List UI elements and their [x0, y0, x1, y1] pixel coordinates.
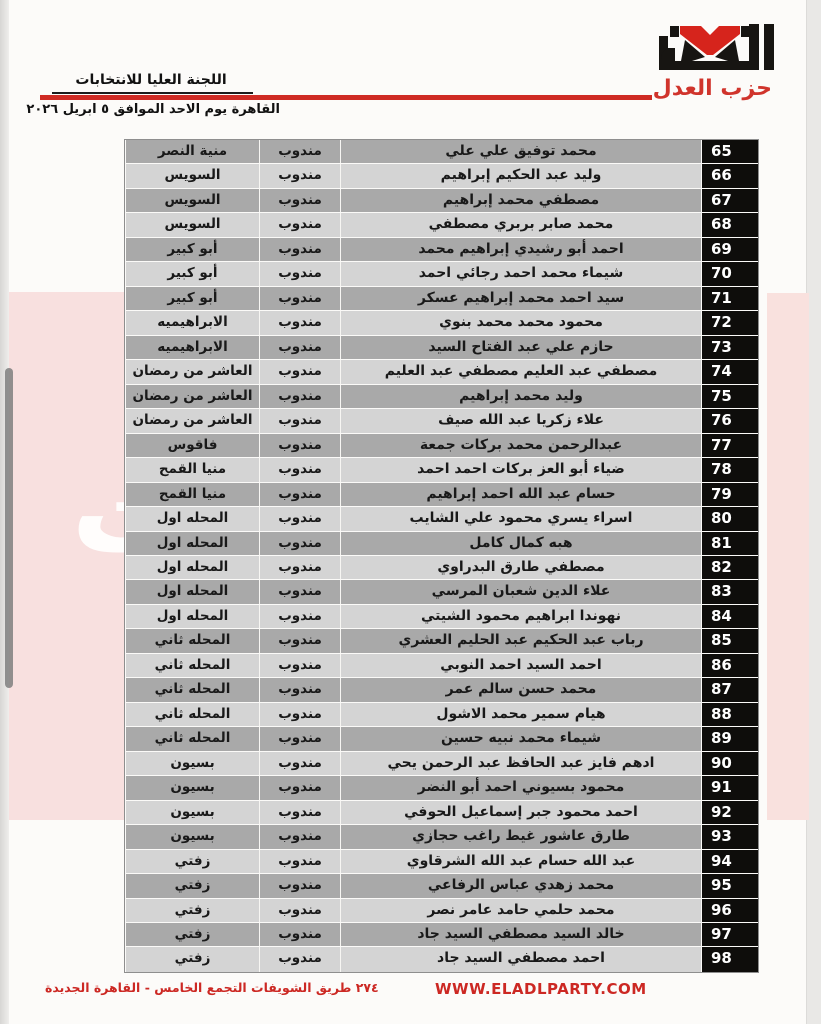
table-row: 70 شيماء محمد احمد رجائي احمد مندوب أبو …	[125, 262, 758, 286]
table-row: 75 وليد محمد إبراهيم مندوب العاشر من رمض…	[125, 385, 758, 409]
member-name: سيد احمد محمد إبراهيم عسكر	[340, 287, 701, 310]
footer-website: WWW.ELADLPARTY.COM	[435, 980, 647, 998]
member-location: بسيون	[126, 825, 259, 848]
member-role: مندوب	[259, 556, 340, 579]
member-name: احمد مصطفي السيد جاد	[340, 947, 701, 971]
member-name: حسام عبد الله احمد إبراهيم	[340, 483, 701, 506]
member-role: مندوب	[259, 850, 340, 873]
member-name: احمد أبو رشيدي إبراهيم محمد	[340, 238, 701, 261]
table-row: 77 عبدالرحمن محمد بركات جمعة مندوب فاقوس	[125, 434, 758, 458]
member-location: الابراهيميه	[126, 336, 259, 359]
party-name: حزب العدل	[653, 76, 772, 101]
table-row: 91 محمود بسيوني احمد أبو النضر مندوب بسي…	[125, 776, 758, 800]
member-name: احمد السيد احمد النوبي	[340, 654, 701, 677]
row-number: 67	[701, 189, 758, 212]
table-row: 66 وليد عبد الحكيم إبراهيم مندوب السويس	[125, 164, 758, 188]
member-role: مندوب	[259, 409, 340, 432]
member-name: ضياء أبو العز بركات احمد احمد	[340, 458, 701, 481]
row-number: 77	[701, 434, 758, 457]
member-role: مندوب	[259, 189, 340, 212]
member-name: محمد حسن سالم عمر	[340, 678, 701, 701]
table-row: 89 شيماء محمد نبيه حسين مندوب المحله ثان…	[125, 727, 758, 751]
member-role: مندوب	[259, 752, 340, 775]
row-number: 78	[701, 458, 758, 481]
member-location: العاشر من رمضان	[126, 409, 259, 432]
member-name: علاء الدين شعبان المرسي	[340, 580, 701, 603]
table-row: 83 علاء الدين شعبان المرسي مندوب المحله …	[125, 580, 758, 604]
member-role: مندوب	[259, 483, 340, 506]
table-row: 65 محمد توفيق علي علي مندوب منية النصر	[125, 140, 758, 164]
member-role: مندوب	[259, 385, 340, 408]
member-role: مندوب	[259, 458, 340, 481]
row-number: 98	[701, 947, 758, 971]
committee-title: اللجنة العليا للانتخابات	[48, 72, 254, 88]
table-row: 81 هبه كمال كامل مندوب المحله اول	[125, 532, 758, 556]
member-name: محمود محمد محمد بنوي	[340, 311, 701, 334]
member-name: وليد محمد إبراهيم	[340, 385, 701, 408]
row-number: 73	[701, 336, 758, 359]
member-location: بسيون	[126, 776, 259, 799]
member-role: مندوب	[259, 727, 340, 750]
member-name: مصطفي محمد إبراهيم	[340, 189, 701, 212]
table-row: 86 احمد السيد احمد النوبي مندوب المحله ث…	[125, 654, 758, 678]
member-location: السويس	[126, 164, 259, 187]
member-role: مندوب	[259, 605, 340, 628]
table-row: 98 احمد مصطفي السيد جاد مندوب زفتي	[125, 947, 758, 971]
table-row: 96 محمد حلمي حامد عامر نصر مندوب زفتي	[125, 899, 758, 923]
row-number: 69	[701, 238, 758, 261]
row-number: 95	[701, 874, 758, 897]
member-location: المحله اول	[126, 532, 259, 555]
member-name: عبدالرحمن محمد بركات جمعة	[340, 434, 701, 457]
member-name: شيماء محمد احمد رجائي احمد	[340, 262, 701, 285]
row-number: 81	[701, 532, 758, 555]
member-name: نهوندا ابراهيم محمود الشيتي	[340, 605, 701, 628]
member-name: محمد صابر بربري مصطفي	[340, 213, 701, 236]
member-role: مندوب	[259, 580, 340, 603]
member-location: زفتي	[126, 923, 259, 946]
row-number: 97	[701, 923, 758, 946]
member-name: هيام سمير محمد الاشول	[340, 703, 701, 726]
table-row: 79 حسام عبد الله احمد إبراهيم مندوب منيا…	[125, 483, 758, 507]
member-name: هبه كمال كامل	[340, 532, 701, 555]
member-location: المحله ثاني	[126, 629, 259, 652]
row-number: 93	[701, 825, 758, 848]
adl-party-logo-icon	[645, 24, 775, 78]
member-location: منية النصر	[126, 140, 259, 163]
member-name: علاء زكريا عبد الله صيف	[340, 409, 701, 432]
table-row: 69 احمد أبو رشيدي إبراهيم محمد مندوب أبو…	[125, 238, 758, 262]
member-location: الابراهيميه	[126, 311, 259, 334]
row-number: 90	[701, 752, 758, 775]
row-number: 76	[701, 409, 758, 432]
member-name: حازم علي عبد الفتاح السيد	[340, 336, 701, 359]
table-row: 93 طارق عاشور غيط راغب حجازي مندوب بسيون	[125, 825, 758, 849]
row-number: 71	[701, 287, 758, 310]
member-location: المحله ثاني	[126, 678, 259, 701]
member-name: رباب عبد الحكيم عبد الحليم العشري	[340, 629, 701, 652]
member-location: أبو كبير	[126, 238, 259, 261]
member-role: مندوب	[259, 678, 340, 701]
table-row: 68 محمد صابر بربري مصطفي مندوب السويس	[125, 213, 758, 237]
member-location: العاشر من رمضان	[126, 360, 259, 383]
watermark-block-right	[767, 293, 809, 820]
member-location: المحله اول	[126, 605, 259, 628]
member-location: منيا القمح	[126, 458, 259, 481]
member-role: مندوب	[259, 360, 340, 383]
row-number: 74	[701, 360, 758, 383]
member-role: مندوب	[259, 507, 340, 530]
member-location: المحله اول	[126, 507, 259, 530]
member-name: خالد السيد مصطفي السيد جاد	[340, 923, 701, 946]
member-name: مصطفي طارق البدراوي	[340, 556, 701, 579]
member-role: مندوب	[259, 336, 340, 359]
member-role: مندوب	[259, 532, 340, 555]
member-name: مصطفي عبد العليم مصطفي عبد العليم	[340, 360, 701, 383]
header-red-rule	[40, 95, 652, 100]
row-number: 79	[701, 483, 758, 506]
member-name: عبد الله حسام عبد الله الشرقاوي	[340, 850, 701, 873]
table-row: 88 هيام سمير محمد الاشول مندوب المحله ثا…	[125, 703, 758, 727]
member-location: العاشر من رمضان	[126, 385, 259, 408]
member-role: مندوب	[259, 947, 340, 971]
member-role: مندوب	[259, 776, 340, 799]
member-location: المحله ثاني	[126, 727, 259, 750]
member-location: السويس	[126, 213, 259, 236]
member-role: مندوب	[259, 629, 340, 652]
row-number: 89	[701, 727, 758, 750]
member-role: مندوب	[259, 899, 340, 922]
row-number: 72	[701, 311, 758, 334]
member-location: فاقوس	[126, 434, 259, 457]
row-number: 65	[701, 140, 758, 163]
table-row: 76 علاء زكريا عبد الله صيف مندوب العاشر …	[125, 409, 758, 433]
table-row: 90 ادهم فايز عبد الحافظ عبد الرحمن يحي م…	[125, 752, 758, 776]
table-row: 67 مصطفي محمد إبراهيم مندوب السويس	[125, 189, 758, 213]
date-line: القاهرة يوم الاحد الموافق ٥ ابريل ٢٠٢٦	[44, 102, 280, 117]
member-role: مندوب	[259, 238, 340, 261]
table-row: 73 حازم علي عبد الفتاح السيد مندوب الابر…	[125, 336, 758, 360]
member-name: طارق عاشور غيط راغب حجازي	[340, 825, 701, 848]
table-row: 87 محمد حسن سالم عمر مندوب المحله ثاني	[125, 678, 758, 702]
table-row: 92 احمد محمود جبر إسماعيل الحوفي مندوب ب…	[125, 801, 758, 825]
member-name: محمد حلمي حامد عامر نصر	[340, 899, 701, 922]
member-role: مندوب	[259, 213, 340, 236]
member-location: المحله اول	[126, 580, 259, 603]
table-row: 95 محمد زهدي عباس الرفاعي مندوب زفتي	[125, 874, 758, 898]
row-number: 80	[701, 507, 758, 530]
member-name: وليد عبد الحكيم إبراهيم	[340, 164, 701, 187]
table-row: 74 مصطفي عبد العليم مصطفي عبد العليم مند…	[125, 360, 758, 384]
row-number: 83	[701, 580, 758, 603]
row-number: 84	[701, 605, 758, 628]
member-name: احمد محمود جبر إسماعيل الحوفي	[340, 801, 701, 824]
page-edge-shadow-bar	[5, 368, 13, 688]
table-row: 84 نهوندا ابراهيم محمود الشيتي مندوب الم…	[125, 605, 758, 629]
member-location: زفتي	[126, 947, 259, 971]
row-number: 66	[701, 164, 758, 187]
table-row: 94 عبد الله حسام عبد الله الشرقاوي مندوب…	[125, 850, 758, 874]
member-location: المحله ثاني	[126, 654, 259, 677]
row-number: 75	[701, 385, 758, 408]
row-number: 68	[701, 213, 758, 236]
member-location: السويس	[126, 189, 259, 212]
member-role: مندوب	[259, 434, 340, 457]
member-location: أبو كبير	[126, 262, 259, 285]
row-number: 85	[701, 629, 758, 652]
roster-table: 65 محمد توفيق علي علي مندوب منية النصر 6…	[124, 139, 759, 973]
table-row: 85 رباب عبد الحكيم عبد الحليم العشري مند…	[125, 629, 758, 653]
member-location: زفتي	[126, 899, 259, 922]
member-role: مندوب	[259, 140, 340, 163]
member-role: مندوب	[259, 262, 340, 285]
member-role: مندوب	[259, 164, 340, 187]
watermark-block-left: ت	[9, 292, 124, 820]
member-role: مندوب	[259, 825, 340, 848]
row-number: 94	[701, 850, 758, 873]
member-location: بسيون	[126, 752, 259, 775]
table-row: 78 ضياء أبو العز بركات احمد احمد مندوب م…	[125, 458, 758, 482]
table-row: 97 خالد السيد مصطفي السيد جاد مندوب زفتي	[125, 923, 758, 947]
row-number: 96	[701, 899, 758, 922]
footer-address: ٢٧٤ طريق الشويفات التجمع الخامس - القاهر…	[45, 980, 379, 995]
member-location: المحله ثاني	[126, 703, 259, 726]
member-role: مندوب	[259, 703, 340, 726]
member-role: مندوب	[259, 287, 340, 310]
member-location: المحله اول	[126, 556, 259, 579]
member-location: بسيون	[126, 801, 259, 824]
row-number: 70	[701, 262, 758, 285]
member-role: مندوب	[259, 801, 340, 824]
table-row: 82 مصطفي طارق البدراوي مندوب المحله اول	[125, 556, 758, 580]
member-name: اسراء يسري محمود علي الشايب	[340, 507, 701, 530]
member-name: محمد زهدي عباس الرفاعي	[340, 874, 701, 897]
member-location: أبو كبير	[126, 287, 259, 310]
row-number: 92	[701, 801, 758, 824]
title-underline	[52, 92, 253, 94]
member-role: مندوب	[259, 311, 340, 334]
member-name: محمد توفيق علي علي	[340, 140, 701, 163]
row-number: 86	[701, 654, 758, 677]
member-role: مندوب	[259, 923, 340, 946]
row-number: 91	[701, 776, 758, 799]
row-number: 88	[701, 703, 758, 726]
table-row: 80 اسراء يسري محمود علي الشايب مندوب الم…	[125, 507, 758, 531]
member-location: منيا القمح	[126, 483, 259, 506]
member-location: زفتي	[126, 874, 259, 897]
table-row: 72 محمود محمد محمد بنوي مندوب الابراهيمي…	[125, 311, 758, 335]
row-number: 87	[701, 678, 758, 701]
row-number: 82	[701, 556, 758, 579]
member-role: مندوب	[259, 874, 340, 897]
member-name: ادهم فايز عبد الحافظ عبد الرحمن يحي	[340, 752, 701, 775]
member-role: مندوب	[259, 654, 340, 677]
member-location: زفتي	[126, 850, 259, 873]
watermark-letter: ت	[71, 452, 124, 572]
member-name: شيماء محمد نبيه حسين	[340, 727, 701, 750]
member-name: محمود بسيوني احمد أبو النضر	[340, 776, 701, 799]
table-row: 71 سيد احمد محمد إبراهيم عسكر مندوب أبو …	[125, 287, 758, 311]
